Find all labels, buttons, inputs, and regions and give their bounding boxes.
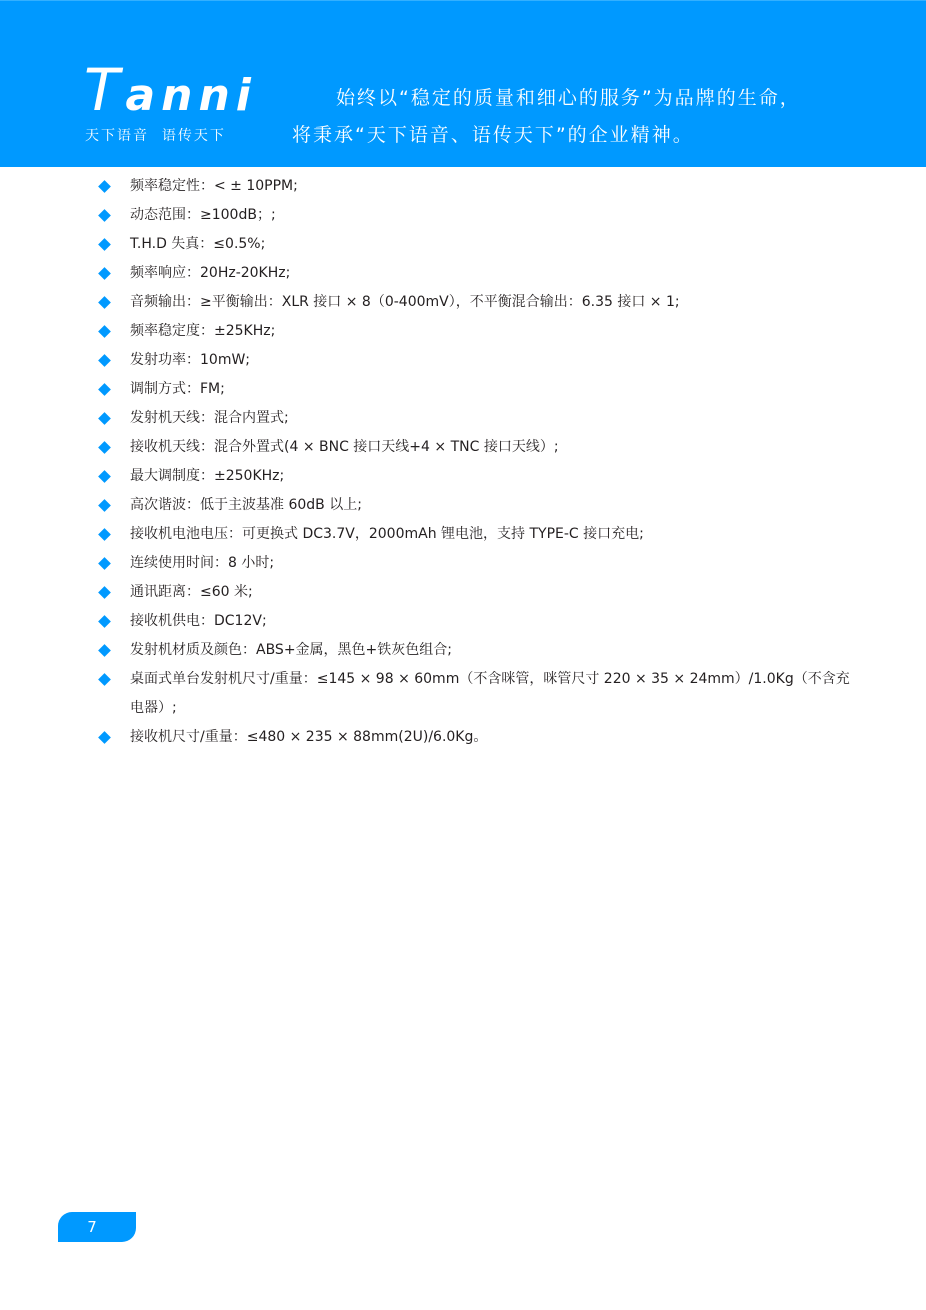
spec-item: 频率稳定性：< ± 10PPM; — [97, 172, 857, 201]
diamond-bullet-icon — [98, 499, 111, 512]
spec-text: 高次谐波：低于主波基准 60dB 以上; — [130, 491, 857, 520]
spec-text: 发射机天线：混合内置式; — [130, 404, 857, 433]
spec-item: 最大调制度：±250KHz; — [97, 462, 857, 491]
page-number-tab: 7 — [58, 1212, 136, 1242]
diamond-bullet-icon — [98, 383, 111, 396]
page-number: 7 — [87, 1218, 97, 1236]
diamond-bullet-icon — [98, 441, 111, 454]
spec-item: 接收机天线：混合外置式(4 × BNC 接口天线+4 × TNC 接口天线）; — [97, 433, 857, 462]
brand-logo: Tanni — [84, 61, 257, 119]
spec-text: 调制方式：FM; — [130, 375, 857, 404]
diamond-bullet-icon — [98, 615, 111, 628]
spec-text: 接收机尺寸/重量：≤480 × 235 × 88mm(2U)/6.0Kg。 — [130, 723, 857, 752]
brand-logo-initial: T — [84, 56, 125, 124]
spec-item: 发射功率：10mW; — [97, 346, 857, 375]
diamond-bullet-icon — [98, 528, 111, 541]
spec-item: 调制方式：FM; — [97, 375, 857, 404]
spec-item: 通讯距离：≤60 米; — [97, 578, 857, 607]
spec-text: 频率稳定性：< ± 10PPM; — [130, 172, 857, 201]
diamond-bullet-icon — [98, 325, 111, 338]
spec-text: 桌面式单台发射机尺寸/重量：≤145 × 98 × 60mm（不含咪管，咪管尺寸… — [130, 665, 857, 723]
spec-text: 频率稳定度：±25KHz; — [130, 317, 857, 346]
spec-text: T.H.D 失真：≤0.5%; — [130, 230, 857, 259]
diamond-bullet-icon — [98, 586, 111, 599]
diamond-bullet-icon — [98, 354, 111, 367]
spec-text: 动态范围：≥100dB；; — [130, 201, 857, 230]
spec-item: 接收机电池电压：可更换式 DC3.7V，2000mAh 锂电池，支持 TYPE-… — [97, 520, 857, 549]
spec-text: 频率响应：20Hz-20KHz; — [130, 259, 857, 288]
spec-item: 频率响应：20Hz-20KHz; — [97, 259, 857, 288]
spec-text: 发射功率：10mW; — [130, 346, 857, 375]
diamond-bullet-icon — [98, 296, 111, 309]
spec-item: T.H.D 失真：≤0.5%; — [97, 230, 857, 259]
diamond-bullet-icon — [98, 412, 111, 425]
spec-item: 接收机供电：DC12V; — [97, 607, 857, 636]
slogan-line-2: 将秉承“天下语音、语传天下”的企业精神。 — [292, 120, 694, 147]
spec-item: 频率稳定度：±25KHz; — [97, 317, 857, 346]
spec-item: 接收机尺寸/重量：≤480 × 235 × 88mm(2U)/6.0Kg。 — [97, 723, 857, 752]
spec-item: 动态范围：≥100dB；; — [97, 201, 857, 230]
diamond-bullet-icon — [98, 267, 111, 280]
spec-list: 频率稳定性：< ± 10PPM; 动态范围：≥100dB；; T.H.D 失真：… — [97, 172, 857, 752]
spec-item: 连续使用时间：8 小时; — [97, 549, 857, 578]
spec-text: 接收机电池电压：可更换式 DC3.7V，2000mAh 锂电池，支持 TYPE-… — [130, 520, 857, 549]
diamond-bullet-icon — [98, 673, 111, 686]
spec-item: 桌面式单台发射机尺寸/重量：≤145 × 98 × 60mm（不含咪管，咪管尺寸… — [97, 665, 857, 723]
brand-tagline: 天下语音 语传天下 — [85, 125, 226, 145]
header-band: Tanni 天下语音 语传天下 始终以“稳定的质量和细心的服务”为品牌的生命， … — [0, 0, 926, 167]
diamond-bullet-icon — [98, 731, 111, 744]
spec-text: 最大调制度：±250KHz; — [130, 462, 857, 491]
spec-item: 高次谐波：低于主波基准 60dB 以上; — [97, 491, 857, 520]
spec-item: 音频输出：≥平衡输出：XLR 接口 × 8（0-400mV），不平衡混合输出：6… — [97, 288, 857, 317]
spec-text: 发射机材质及颜色：ABS+金属，黑色+铁灰色组合; — [130, 636, 857, 665]
spec-text: 音频输出：≥平衡输出：XLR 接口 × 8（0-400mV），不平衡混合输出：6… — [130, 288, 857, 317]
spec-text: 接收机供电：DC12V; — [130, 607, 857, 636]
spec-item: 发射机天线：混合内置式; — [97, 404, 857, 433]
diamond-bullet-icon — [98, 238, 111, 251]
diamond-bullet-icon — [98, 209, 111, 222]
diamond-bullet-icon — [98, 557, 111, 570]
spec-text: 通讯距离：≤60 米; — [130, 578, 857, 607]
spec-text: 连续使用时间：8 小时; — [130, 549, 857, 578]
slogan-line-1: 始终以“稳定的质量和细心的服务”为品牌的生命， — [336, 83, 801, 110]
diamond-bullet-icon — [98, 644, 111, 657]
diamond-bullet-icon — [98, 180, 111, 193]
spec-text: 接收机天线：混合外置式(4 × BNC 接口天线+4 × TNC 接口天线）; — [130, 433, 857, 462]
brand-logo-rest: anni — [125, 70, 256, 121]
diamond-bullet-icon — [98, 470, 111, 483]
spec-item: 发射机材质及颜色：ABS+金属，黑色+铁灰色组合; — [97, 636, 857, 665]
